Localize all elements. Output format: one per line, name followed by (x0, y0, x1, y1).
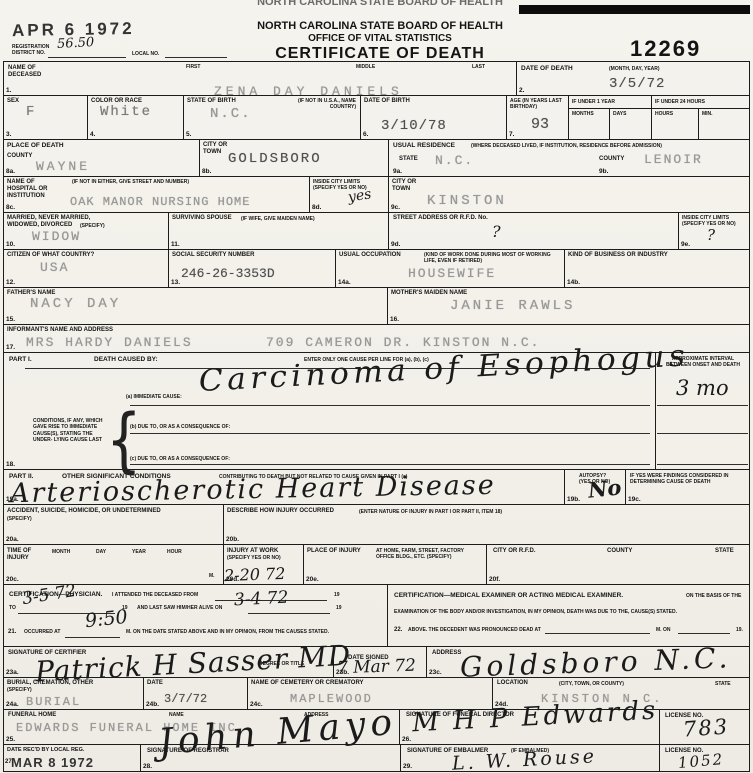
cert-me-num22: 22. (394, 627, 402, 635)
occurred-at-value: 9:50 (84, 606, 129, 632)
field-number-20c: 20c. (6, 576, 19, 583)
field-number-24b: 24b. (146, 701, 159, 708)
funeral-home-label: FUNERAL HOME (8, 712, 56, 720)
field-number-19c: 19c. (628, 496, 641, 503)
field-date-of-birth: DATE OF BIRTH 3/10/78 6. (360, 95, 507, 140)
cert-phys-num21: 21. (8, 629, 16, 637)
local-no-underline (165, 57, 227, 58)
field-residence-city: CITY OR TOWN KINSTON 9c. (388, 176, 750, 213)
time-hour-label: HOUR (167, 549, 182, 555)
field-industry: KIND OF BUSINESS OR INDUSTRY 14b. (564, 249, 750, 288)
interval-a-rule (657, 405, 748, 406)
field-number-23a: 23a. (6, 669, 19, 676)
sob-sublabel: (IF NOT IN U.S.A., NAME COUNTRY) (292, 98, 356, 111)
field-date-of-death: DATE OF DEATH (MONTH, DAY, YEAR) 3/5/72 … (516, 61, 750, 96)
part1-part-label: PART I. (9, 356, 32, 364)
dob-value: 3/10/78 (381, 118, 447, 134)
field-number-23c: 23c. (429, 669, 442, 676)
field-under-1-year: IF UNDER 1 YEAR (568, 95, 652, 109)
occupation-label: USUAL OCCUPATION (339, 252, 401, 260)
field-number-9c: 9c. (391, 204, 400, 211)
registration-district-number: 56.50 (57, 35, 95, 52)
name-col-last: LAST (472, 64, 485, 70)
field-citizen: CITIZEN OF WHAT COUNTRY? USA 12. (3, 249, 169, 288)
field-number-9b: 9b. (599, 168, 608, 175)
mother-label: MOTHER'S MAIDEN NAME (391, 290, 467, 298)
residence-state-value: N.C. (435, 153, 474, 168)
interval-c-rule (657, 464, 748, 465)
cert-me-pronounced: ABOVE. THE DECEDENT WAS PRONOUNCED DEAD … (408, 627, 541, 633)
field-number-20b: 20b. (226, 536, 239, 543)
father-value: NACY DAY (30, 296, 121, 312)
burial-loc-state-label: STATE (715, 681, 731, 687)
field-color-or-race: COLOR OR RACE White 4. (87, 95, 184, 140)
cemetery-label: NAME OF CEMETERY OR CREMATORY (251, 680, 364, 688)
field-state-of-birth: STATE OF BIRTH (IF NOT IN U.S.A., NAME C… (183, 95, 361, 140)
field-usual-residence: USUAL RESIDENCE (WHERE DECEASED LIVED, I… (388, 139, 750, 177)
occurred-at-rule (65, 637, 120, 638)
informant-label: INFORMANT'S NAME AND ADDRESS (7, 327, 113, 335)
dod-sublabel: (MONTH, DAY, YEAR) (609, 66, 660, 72)
field-number-2: 2. (519, 87, 524, 94)
local-no-label: LOCAL NO. (132, 51, 159, 57)
field-burial-date: DATE 3/7/72 24b. (143, 677, 248, 710)
field-number-12: 12. (6, 279, 15, 286)
race-value: White (100, 104, 152, 120)
injury-county-label: COUNTY (607, 548, 632, 556)
ssn-value: 246-26-3353D (181, 266, 275, 281)
attended-from-value: 2-20 72 (224, 564, 286, 585)
date-received-stamp: MAR 8 1972 (11, 755, 94, 770)
field-surviving-spouse: SURVIVING SPOUSE (IF WIFE, GIVE MAIDEN N… (168, 212, 389, 250)
burial-value: BURIAL (26, 695, 81, 709)
cert-phys-attended: I ATTENDED THE DECEASED FROM (112, 592, 198, 598)
interval-b-rule (657, 433, 748, 434)
injury-city-label: CITY OR R.F.D. (493, 548, 536, 556)
field-findings: IF YES WERE FINDINGS CONSIDERED IN DETER… (625, 469, 750, 505)
field-place-of-injury: PLACE OF INJURY AT HOME, FARM, STREET, F… (303, 544, 487, 585)
name-col-middle: MIDDLE (356, 64, 375, 70)
alive-on-rule (248, 613, 330, 614)
field-number-17: 17. (6, 344, 15, 351)
certificate-number: 12269 (630, 35, 701, 63)
icl2-value: ? (707, 226, 715, 244)
fd-license-value: 783 (682, 714, 730, 741)
informant-name-value: MRS HARDY DANIELS (26, 335, 193, 350)
name-label-2: DECEASED (8, 72, 41, 80)
field-number-6: 6. (363, 131, 368, 138)
residence-county-label: COUNTY (599, 156, 624, 164)
field-number-26: 26. (402, 736, 411, 743)
field-number-8a: 8a. (6, 168, 15, 175)
dod-label: DATE OF DEATH (521, 65, 573, 73)
time-injury-label-2: INJURY (7, 555, 29, 563)
field-number-19b: 19b. (567, 496, 580, 503)
conditions-note: CONDITIONS, IF ANY, WHICH GAVE RISE TO I… (33, 418, 109, 443)
field-under1-months: MONTHS (568, 108, 610, 140)
field-number-24c: 24c. (250, 701, 263, 708)
street-label: STREET ADDRESS OR R.F.D. No. (393, 215, 488, 223)
sex-label: SEX (7, 98, 19, 106)
field-number-15: 15. (6, 316, 15, 323)
cert-phys-occurred-label: OCCURRED AT (24, 629, 60, 635)
burial-date-value: 3/7/72 (164, 692, 207, 706)
hours-label: HOURS (655, 111, 673, 117)
field-number-20a: 20a. (6, 536, 19, 543)
field-number-25: 25. (6, 736, 15, 743)
injury-place-sublabel: AT HOME, FARM, STREET, FACTORY OFFICE BL… (376, 548, 482, 561)
dob-label: DATE OF BIRTH (364, 98, 410, 106)
field-number-20f: 20f. (489, 576, 500, 583)
accident-sublabel: (SPECIFY) (7, 516, 32, 522)
age-label: AGE (IN YEARS LAST BIRTHDAY) (510, 98, 565, 111)
field-sex: SEX F 3. (3, 95, 88, 140)
autopsy-value: No (587, 474, 623, 502)
dod-value: 3/5/72 (609, 76, 665, 92)
field-pod-city: CITY OR TOWN GOLDSBORO 8b. (199, 139, 389, 177)
field-under24-hours: HOURS (651, 108, 699, 140)
citizen-label: CITIZEN OF WHAT COUNTRY? (7, 252, 94, 260)
burial-loc-sublabel: (CITY, TOWN, OR COUNTY) (559, 681, 624, 687)
faint-top-header: NORTH CAROLINA STATE BOARD OF HEALTH (190, 0, 570, 10)
field-number-8b: 8b. (202, 168, 211, 175)
pod-city-value: GOLDSBORO (228, 151, 322, 167)
death-certificate-scan: NORTH CAROLINA STATE BOARD OF HEALTH APR… (0, 0, 753, 773)
cert-me-basis: ON THE BASIS OF THE (686, 593, 741, 599)
under1-label: IF UNDER 1 YEAR (572, 99, 615, 105)
under24-label: IF UNDER 24 HOURS (655, 99, 705, 105)
field-number-9a: 9a. (393, 168, 402, 175)
field-number-1: 1. (6, 87, 11, 94)
residence-county-value: LENOIR (644, 152, 703, 167)
field-number-20e: 20e. (306, 576, 319, 583)
field-number-9e: 9e. (681, 241, 690, 248)
field-name-of-deceased: NAME OF DECEASED FIRST MIDDLE LAST ZENA … (3, 61, 517, 96)
due-c-label: (c) DUE TO, OR AS A CONSEQUENCE OF: (130, 456, 230, 462)
field-number-24a: 24a. (6, 701, 19, 708)
field-street-address: STREET ADDRESS OR R.F.D. No. 9d. (388, 212, 679, 250)
field-number-28: 28. (143, 763, 152, 770)
citizen-value: USA (40, 260, 69, 275)
time-month-label: MONTH (52, 549, 70, 555)
marital-sublabel: (SPECIFY) (80, 223, 105, 229)
time-year-label: YEAR (132, 549, 146, 555)
alive-on-value: 3-4 72 (234, 588, 289, 611)
sob-label: STATE OF BIRTH (187, 98, 236, 106)
section-certification-medical-examiner: CERTIFICATION—MEDICAL EXAMINER OR ACTING… (387, 584, 750, 647)
date-received-label: DATE REC'D BY LOCAL REG. (7, 747, 84, 754)
marital-value: WIDOW (32, 229, 81, 244)
field-number-14a: 14a. (338, 279, 351, 286)
days-label: DAYS (613, 111, 626, 117)
field-number-13: 13. (171, 279, 180, 286)
field-under-24-hours: IF UNDER 24 HOURS (651, 95, 750, 109)
min-label: MIN. (702, 111, 713, 117)
injury-work-label-2: (SPECIFY YES OR NO) (227, 555, 281, 561)
date-signed-value: 7 Mar 72 (337, 656, 417, 679)
occupation-sublabel: (KIND OF WORK DONE DURING MOST OF WORKIN… (424, 252, 559, 265)
cert-phys-alive-label: AND LAST SAW HIM/HER ALIVE ON (137, 605, 222, 611)
field-number-16: 16. (390, 316, 399, 323)
redaction-bar (519, 5, 750, 14)
cert-me-year: 19. (736, 627, 743, 633)
field-place-of-death-county: PLACE OF DEATH COUNTY WAYNE 8a. (3, 139, 200, 177)
sex-value: F (26, 104, 34, 120)
burial-sublabel: (SPECIFY) (7, 687, 32, 693)
cert-phys-year-3: 19 (336, 605, 342, 611)
time-day-label: DAY (96, 549, 106, 555)
injury-how-sublabel: (ENTER NATURE OF INJURY IN PART I OR PAR… (359, 509, 502, 515)
findings-label: IF YES WERE FINDINGS CONSIDERED IN DETER… (630, 473, 746, 486)
field-number-18: 18. (6, 461, 15, 468)
pod-city-label-2: TOWN (203, 149, 221, 157)
age-value: 93 (531, 116, 549, 133)
cert-phys-year-1: 19 (334, 592, 340, 598)
residence-label: USUAL RESIDENCE (393, 142, 455, 150)
field-number-9d: 9d. (391, 241, 400, 248)
field-ssn: SOCIAL SECURITY NUMBER 246-26-3353D 13. (168, 249, 336, 288)
mother-value: JANIE RAWLS (450, 298, 575, 314)
field-occupation: USUAL OCCUPATION (KIND OF WORK DONE DURI… (335, 249, 565, 288)
occupation-value: HOUSEWIFE (408, 266, 496, 281)
field-accident: ACCIDENT, SUICIDE, HOMICIDE, OR UNDETERM… (3, 504, 224, 545)
hospital-label-3: INSTITUTION (7, 193, 45, 201)
field-number-8d: 8d. (312, 204, 321, 211)
field-number-14b: 14b. (567, 279, 580, 286)
field-number-3: 3. (6, 131, 11, 138)
cause-c-rule (130, 464, 650, 465)
field-number-29: 29. (403, 763, 412, 770)
street-value: ? (492, 222, 501, 241)
field-number-7: 7. (509, 131, 514, 138)
registration-label-2: DISTRICT NO. (12, 50, 45, 56)
cert-phys-to-label: TO (9, 605, 16, 611)
cert-address-label: ADDRESS (432, 650, 461, 658)
pronounced-rule-1 (545, 633, 650, 634)
field-mother-name: MOTHER'S MAIDEN NAME JANIE RAWLS 16. (387, 287, 750, 325)
field-under24-min: MIN. (698, 108, 750, 140)
injury-how-label: DESCRIBE HOW INJURY OCCURRED (227, 508, 334, 516)
field-date-received: DATE REC'D BY LOCAL REG. MAR 8 1972 27. (3, 744, 141, 772)
field-marital-status: MARRIED, NEVER MARRIED, WIDOWED, DIVORCE… (3, 212, 169, 250)
pronounced-rule-2 (678, 633, 730, 634)
cause-a-rule (130, 405, 650, 406)
res-city-value: KINSTON (427, 193, 507, 209)
registration-underline (48, 57, 126, 58)
industry-label: KIND OF BUSINESS OR INDUSTRY (568, 252, 668, 260)
field-number-11: 11. (171, 241, 180, 248)
due-b-label: (b) DUE TO, OR AS A CONSEQUENCE OF: (130, 424, 230, 430)
pod-label: PLACE OF DEATH (7, 142, 64, 150)
residence-sublabel: (WHERE DECEASED LIVED, IF INSTITUTION, R… (471, 143, 662, 149)
pod-county-value: WAYNE (36, 159, 90, 174)
field-number-27: 27. (5, 759, 13, 765)
field-injury-how: DESCRIBE HOW INJURY OCCURRED (ENTER NATU… (223, 504, 750, 545)
field-number-8c: 8c. (6, 204, 15, 211)
interval-value: 3 mo (676, 376, 729, 400)
hospital-sublabel: (IF NOT IN EITHER, GIVE STREET AND NUMBE… (72, 179, 189, 185)
cert-me-body: EXAMINATION OF THE BODY AND/OR INVESTIGA… (394, 609, 677, 615)
hospital-value: OAK MANOR NURSING HOME (70, 195, 250, 209)
part1-label: DEATH CAUSED BY: (94, 356, 158, 364)
field-injury-location: CITY OR R.F.D. COUNTY STATE 20f. (486, 544, 750, 585)
cert-me-title: CERTIFICATION—MEDICAL EXAMINER OR ACTING… (394, 592, 623, 600)
field-number-5: 5. (186, 131, 191, 138)
cause-b-rule (130, 433, 650, 434)
residence-state-label: STATE (399, 156, 418, 164)
time-meridiem-label: M. (209, 573, 215, 579)
funeral-home-name-label: NAME (169, 712, 184, 718)
sob-value: N.C. (210, 106, 252, 122)
pod-county-label: COUNTY (7, 153, 32, 161)
cert-phys-occurred-suffix: M. ON THE DATE STATED ABOVE AND IN MY OP… (126, 629, 329, 635)
field-age: AGE (IN YEARS LAST BIRTHDAY) 93 7. (506, 95, 569, 140)
injury-state-label: STATE (715, 548, 734, 556)
ssn-label: SOCIAL SECURITY NUMBER (172, 252, 254, 260)
field-time-of-injury: TIME OF INJURY MONTH DAY YEAR HOUR M. 20… (3, 544, 224, 585)
name-col-first: FIRST (186, 64, 200, 70)
field-hospital: NAME OF HOSPITAL OR INSTITUTION (IF NOT … (3, 176, 310, 213)
conditions-brace: { (106, 400, 142, 481)
cert-me-m-on: M. ON (656, 627, 670, 633)
field-father-name: FATHER'S NAME NACY DAY 15. (3, 287, 388, 325)
field-number-10: 10. (6, 241, 15, 248)
accident-label: ACCIDENT, SUICIDE, HOMICIDE, OR UNDETERM… (7, 508, 161, 516)
injury-place-label: PLACE OF INJURY (307, 548, 361, 556)
months-label: MONTHS (572, 111, 594, 117)
field-under1-days: DAYS (609, 108, 652, 140)
spouse-sublabel: (IF WIFE, GIVE MAIDEN NAME) (241, 216, 315, 222)
res-city-label-2: TOWN (392, 186, 410, 194)
field-number-4: 4. (90, 131, 95, 138)
org-line-1: NORTH CAROLINA STATE BOARD OF HEALTH (210, 20, 550, 34)
spouse-label: SURVIVING SPOUSE (172, 215, 232, 223)
